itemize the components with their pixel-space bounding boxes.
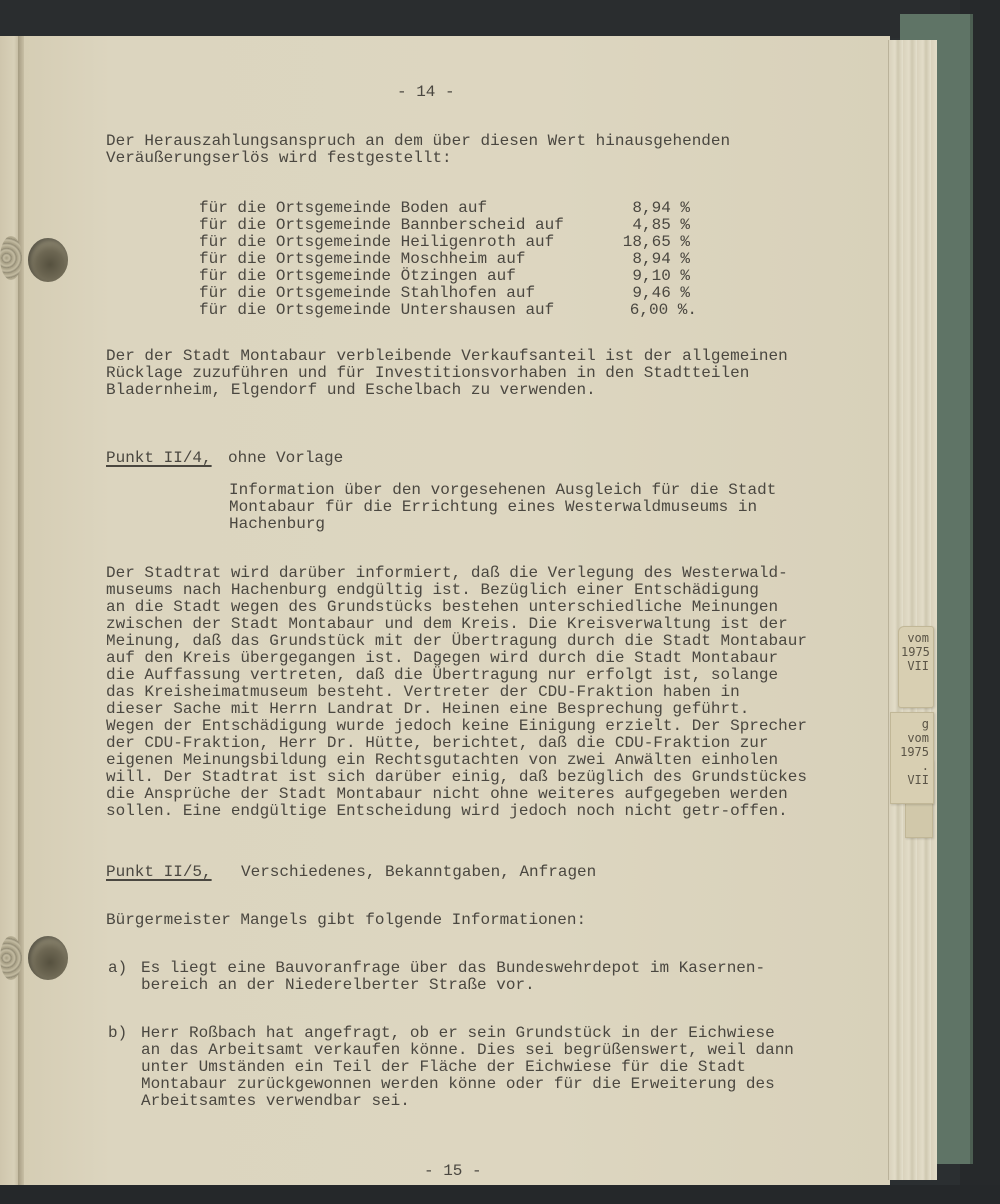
item-line: Herr Roßbach hat angefragt, ob er sein G… — [141, 1025, 775, 1042]
remainder-line: Rücklage zuzuführen und für Investitions… — [106, 365, 749, 382]
share-value: 8,94 % — [600, 200, 690, 217]
body-line: die Auffassung vertreten, daß die Übertr… — [106, 667, 778, 684]
punkt-4-subtitle: ohne Vorlage — [228, 450, 343, 467]
body-line: an die Stadt wegen des Grundstücks beste… — [106, 599, 778, 616]
body-line: eigenen Meinungsbildung ein Rechtsgutach… — [106, 752, 778, 769]
punkt-4-label: Punkt II/4, — [106, 450, 212, 467]
item-line: Arbeitsamtes verwendbar sei. — [141, 1093, 410, 1110]
share-value: 18,65 % — [600, 234, 690, 251]
share-value: 4,85 % — [600, 217, 690, 234]
share-label: für die Ortsgemeinde Boden auf — [199, 200, 487, 217]
item-line: Es liegt eine Bauvoranfrage über das Bun… — [141, 960, 765, 977]
body-line: Meinung, daß das Grundstück mit der Über… — [106, 633, 807, 650]
punkt-4-topic: Hachenburg — [229, 516, 325, 533]
body-line: der CDU-Fraktion, Herr Dr. Hütte, berich… — [106, 735, 769, 752]
item-line: bereich an der Niederelberter Straße vor… — [141, 977, 535, 994]
punkt-4-topic: Montabaur für die Errichtung eines Weste… — [229, 499, 757, 516]
body-line: das Kreisheimatmuseum besteht. Vertreter… — [106, 684, 740, 701]
body-line: Der Stadtrat wird darüber informiert, da… — [106, 565, 788, 582]
body-line: auf den Kreis übergegangen ist. Dagegen … — [106, 650, 778, 667]
share-value: 6,00 %. — [607, 302, 697, 319]
share-value: 8,94 % — [600, 251, 690, 268]
typed-document: - 14 - Der Herauszahlungsanspruch an dem… — [0, 0, 1000, 1204]
item-line: Montabaur zurückgewonnen werden könne od… — [141, 1076, 775, 1093]
body-line: will. Der Stadtrat ist sich darüber eini… — [106, 769, 807, 786]
item-marker: b) — [108, 1025, 127, 1042]
page-number-bottom: - 15 - — [424, 1163, 482, 1180]
body-line: Wegen der Entschädigung wurde jedoch kei… — [106, 718, 807, 735]
share-label: für die Ortsgemeinde Stahlhofen auf — [199, 285, 535, 302]
item-line: unter Umständen ein Teil der Fläche der … — [141, 1059, 746, 1076]
share-value: 9,46 % — [600, 285, 690, 302]
body-line: sollen. Eine endgültige Entscheidung wir… — [106, 803, 788, 820]
punkt-5-intro: Bürgermeister Mangels gibt folgende Info… — [106, 912, 586, 929]
intro-line: Der Herauszahlungsanspruch an dem über d… — [106, 133, 730, 150]
intro-line: Veräußerungserlös wird festgestellt: — [106, 150, 452, 167]
body-line: die Ansprüche der Stadt Montabaur nicht … — [106, 786, 788, 803]
remainder-line: Der der Stadt Montabaur verbleibende Ver… — [106, 348, 788, 365]
share-label: für die Ortsgemeinde Bannberscheid auf — [199, 217, 564, 234]
item-line: an das Arbeitsamt verkaufen könne. Dies … — [141, 1042, 794, 1059]
share-value: 9,10 % — [600, 268, 690, 285]
share-label: für die Ortsgemeinde Moschheim auf — [199, 251, 525, 268]
share-label: für die Ortsgemeinde Ötzingen auf — [199, 268, 516, 285]
share-label: für die Ortsgemeinde Untershausen auf — [199, 302, 554, 319]
share-label: für die Ortsgemeinde Heiligenroth auf — [199, 234, 554, 251]
punkt-5-subtitle: Verschiedenes, Bekanntgaben, Anfragen — [241, 864, 596, 881]
punkt-4-topic: Information über den vorgesehenen Ausgle… — [229, 482, 776, 499]
body-line: dieser Sache mit Herrn Landrat Dr. Heine… — [106, 701, 749, 718]
body-line: zwischen der Stadt Montabaur und dem Kre… — [106, 616, 788, 633]
body-line: museums nach Hachenburg endgültig ist. B… — [106, 582, 759, 599]
remainder-line: Bladernheim, Elgendorf und Eschelbach zu… — [106, 382, 596, 399]
punkt-5-label: Punkt II/5, — [106, 864, 212, 881]
page-number-top: - 14 - — [397, 84, 455, 101]
item-marker: a) — [108, 960, 127, 977]
